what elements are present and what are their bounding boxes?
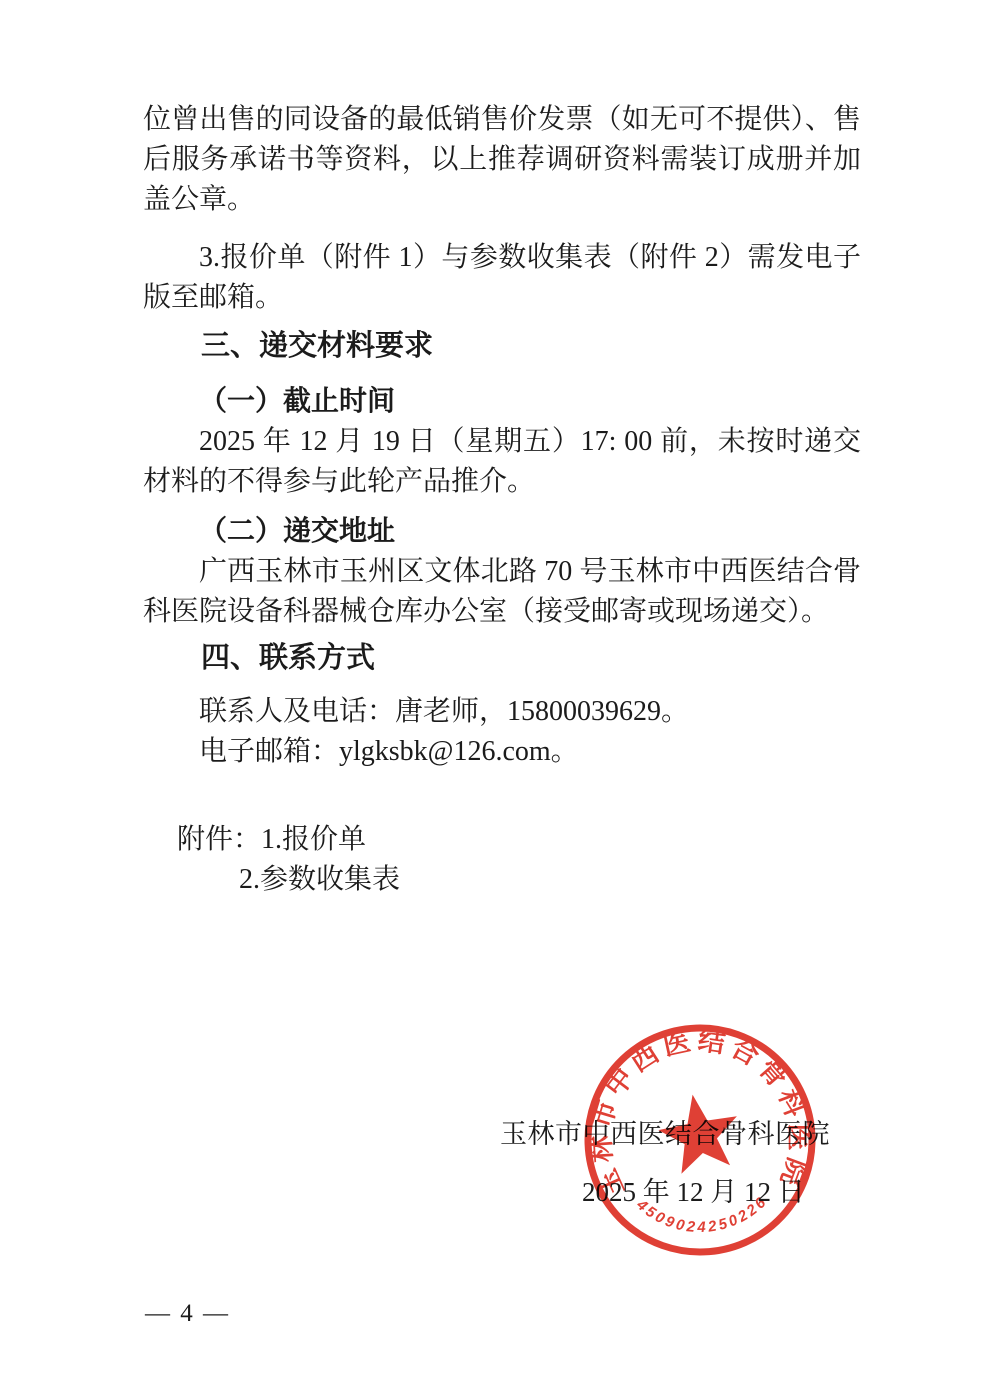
official-seal: 玉林市中西医结合骨科医院 4509024250226 xyxy=(571,1011,830,1270)
page-number: — 4 — xyxy=(145,1300,230,1328)
attachment-line-1: 附件：1.报价单 xyxy=(143,820,861,860)
paragraph-continuation: 位曾出售的同设备的最低销售价发票（如无可不提供）、售后服务承诺书等资料，以上推荐… xyxy=(143,100,861,220)
heading-section-4: 四、联系方式 xyxy=(143,638,861,678)
heading-section-3: 三、递交材料要求 xyxy=(143,326,861,366)
svg-text:4509024250226: 4509024250226 xyxy=(632,1191,772,1238)
paragraph-item3: 3.报价单（附件 1）与参数收集表（附件 2）需发电子版至邮箱。 xyxy=(143,238,861,318)
attachment-item-1: 1.报价单 xyxy=(261,824,366,855)
paragraph-address: 广西玉林市玉州区文体北路 70 号玉林市中西医结合骨科医院设备科器械仓库办公室（… xyxy=(143,552,861,632)
star-icon xyxy=(653,1088,745,1177)
seal-code-text: 4509024250226 xyxy=(632,1191,772,1238)
document-page: 位曾出售的同设备的最低销售价发票（如无可不提供）、售后服务承诺书等资料，以上推荐… xyxy=(0,0,1000,1395)
paragraph-contact: 联系人及电话：唐老师，15800039629。 xyxy=(143,692,861,732)
paragraph-deadline: 2025 年 12 月 19 日（星期五）17: 00 前，未按时递交材料的不得… xyxy=(143,422,861,502)
paragraph-email: 电子邮箱：ylgksbk@126.com。 xyxy=(143,732,861,772)
attachments-block: 附件：1.报价单 2.参数收集表 xyxy=(143,820,861,900)
attachments-label: 附件： xyxy=(177,824,261,855)
document-body: 位曾出售的同设备的最低销售价发票（如无可不提供）、售后服务承诺书等资料，以上推荐… xyxy=(143,100,861,900)
attachment-item-2: 2.参数收集表 xyxy=(143,860,861,900)
heading-deadline: （一）截止时间 xyxy=(143,382,861,422)
heading-address: （二）递交地址 xyxy=(143,512,861,552)
